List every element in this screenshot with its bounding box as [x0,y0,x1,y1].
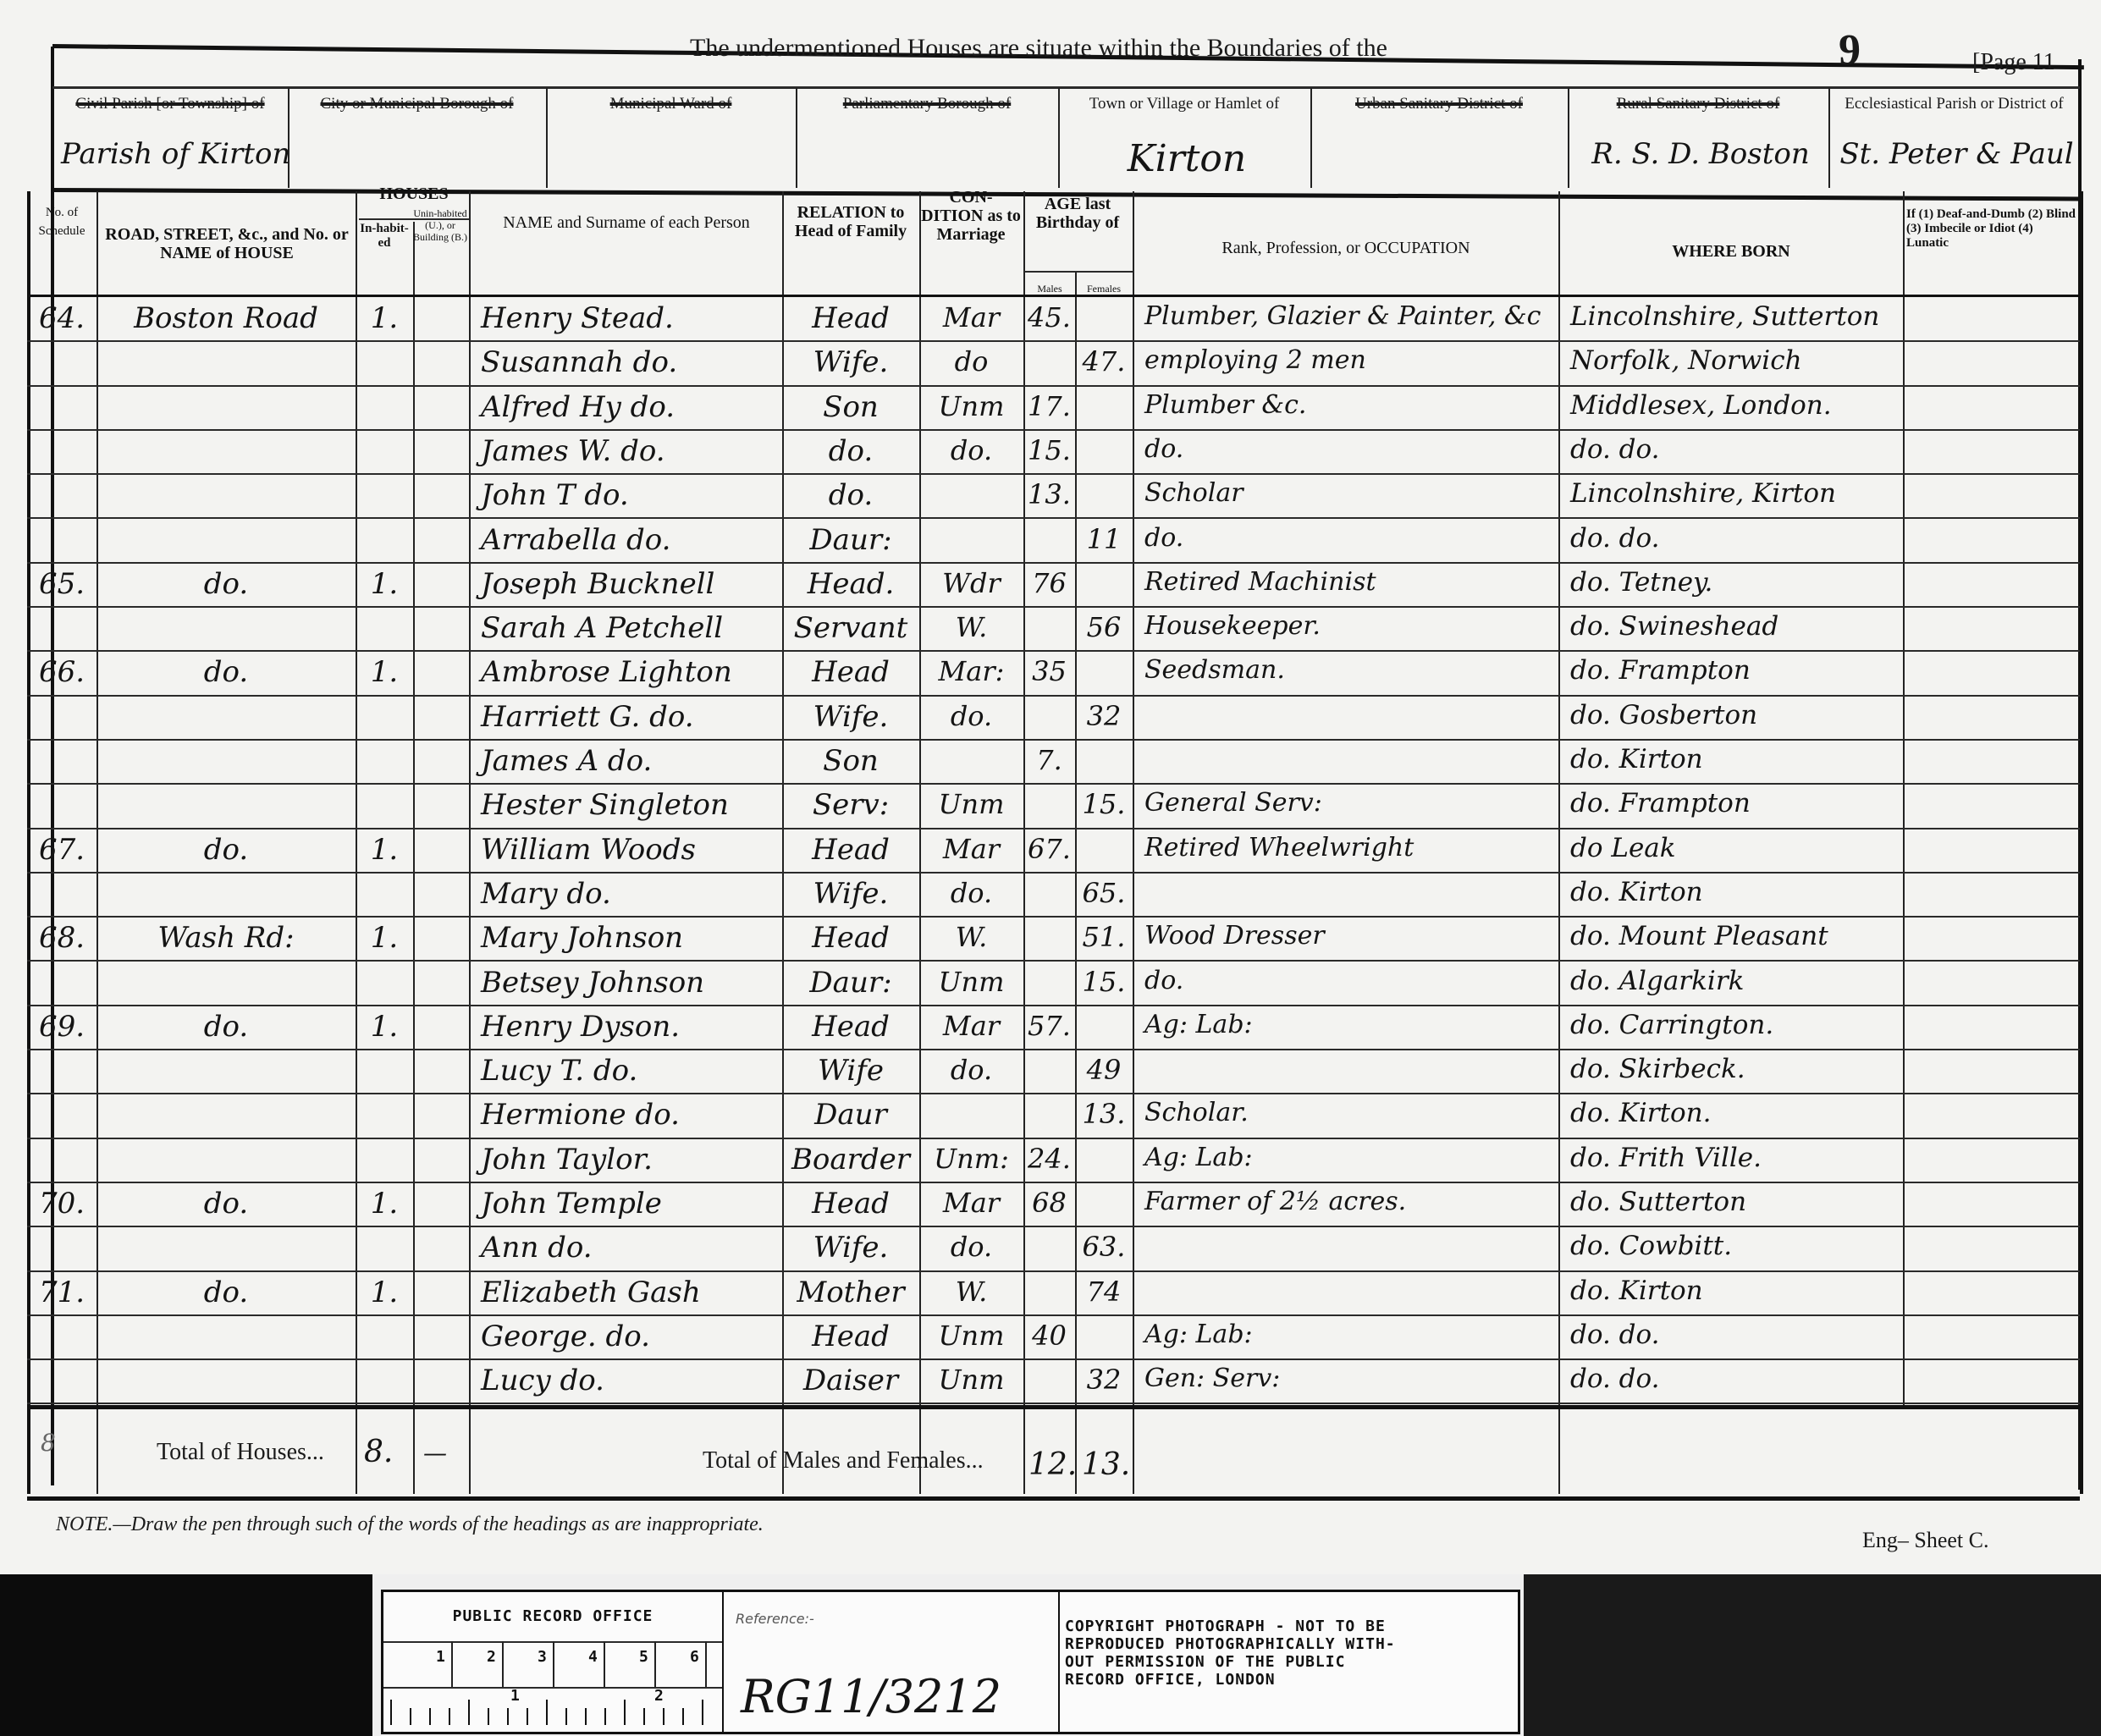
table-row: James A do.Son7.do. Kirton [0,741,2101,785]
total-persons-label: Total of Males and Females... [703,1447,984,1474]
ruler-tick [449,1708,450,1725]
ruler-section: PUBLIC RECORD OFFICE 123456 12 [383,1592,724,1732]
cell-name: Joseph Bucknell [481,567,782,601]
ruler-tick [604,1708,606,1725]
boundary-value: R. S. D. Boston [1576,137,1825,171]
ruler-tick [390,1700,392,1725]
ruler-tick [468,1700,470,1725]
header-males: Males [1024,279,1075,298]
ruler-tick [585,1708,587,1725]
total-houses-inhabited: 8. [364,1435,393,1469]
cell-road: Wash Rd: [97,921,356,955]
table-row: John Taylor.BoarderUnm:24.Ag: Lab:do. Fr… [0,1139,2101,1183]
cell-name: Susannah do. [481,345,782,379]
cell-schedule: 69. [27,1010,97,1044]
cell-where-born: do. Frampton [1570,788,1903,818]
boundary-label: Town or Village or Hamlet of [1065,95,1304,113]
ruler-cell-divider [705,1641,707,1687]
boundary-label: Civil Parish [or Township] of [59,95,281,113]
ruler-tick [643,1708,645,1725]
cell-road: do. [97,1276,356,1309]
cell-male-age: 24. [1023,1143,1075,1175]
cell-condition: Mar [919,833,1023,865]
table-row: Betsey JohnsonDaur:Unm15.do.do. Algarkir… [0,962,2101,1006]
cell-where-born: do. Algarkirk [1570,966,1903,996]
cell-relation: Daur: [782,966,919,1000]
copyright-line: COPYRIGHT PHOTOGRAPH - NOT TO BE [1065,1618,1505,1635]
ruler-tick [410,1708,411,1725]
cell-female-age: 11 [1075,523,1133,555]
cell-occupation: Wood Dresser [1144,921,1558,951]
cell-inhabited: 1. [356,833,413,867]
header-inhabited: In-habit-ed [359,222,410,251]
copyright-line: OUT PERMISSION OF THE PUBLIC [1065,1653,1505,1671]
ruler-label: 1 [436,1648,446,1666]
cell-inhabited: 1. [356,301,413,335]
cell-occupation: do. [1144,434,1558,464]
cell-relation: Son [782,390,919,424]
header-houses: HOUSES [359,185,469,203]
cell-where-born: do. do. [1570,434,1903,465]
cell-male-age: 57. [1023,1010,1075,1042]
cell-condition: Unm [919,390,1023,422]
ruler-cell-divider [451,1641,453,1687]
boundary-label: Ecclesiastical Parish or District of [1835,95,2073,113]
cell-male-age: 45. [1023,301,1075,333]
cell-road: Boston Road [97,301,356,335]
stamp-office-label: PUBLIC RECORD OFFICE [383,1607,722,1625]
header-age: AGE last Birthday of [1024,195,1131,232]
total-houses-label: Total of Houses... [157,1439,324,1466]
ruler-cell-divider [553,1641,554,1687]
cell-relation: Head [782,921,919,955]
cell-where-born: do. Kirton [1570,744,1903,774]
cell-male-age: 40 [1023,1320,1075,1352]
cell-where-born: do. Skirbeck. [1570,1054,1903,1084]
ruler-tick [488,1708,489,1725]
cell-name: John T do. [481,478,782,512]
cell-relation: Head [782,1320,919,1353]
table-row: Hermione do.Daur13.Scholar.do. Kirton. [0,1094,2101,1138]
cell-occupation: General Serv: [1144,788,1558,818]
boundary-divider [1828,88,1830,188]
cell-condition: do. [919,1231,1023,1263]
cell-where-born: do. Sutterton [1570,1187,1903,1217]
cell-occupation: do. [1144,523,1558,553]
reference-label: Reference:- [736,1611,814,1627]
cell-male-age: 35 [1023,655,1075,687]
table-row: 71.do.1.Elizabeth GashMotherW.74do. Kirt… [0,1272,2101,1316]
cell-male-age: 67. [1023,833,1075,865]
cell-inhabited: 1. [356,1187,413,1221]
cell-name: Ann do. [481,1231,782,1265]
totals-top-rule [27,1405,2080,1409]
cell-condition: Unm [919,788,1023,820]
cell-name: Arrabella do. [481,523,782,557]
ruler-tick [682,1708,684,1725]
header-where-born: WHERE BORN [1562,242,1900,261]
cell-where-born: do. Tetney. [1570,567,1903,598]
cell-female-age: 49 [1075,1054,1133,1086]
cell-schedule: 65. [27,567,97,601]
cell-occupation: Retired Wheelwright [1144,833,1558,862]
cell-name: John Temple [481,1187,782,1221]
ruler-divider [383,1687,722,1689]
boundary-value: St. Peter & Paul [1837,137,2076,171]
ruler-tick [624,1700,626,1725]
cell-relation: Head. [782,567,919,601]
total-males: 12. [1028,1447,1077,1482]
header-schedule: No. of Schedule [29,201,95,239]
cell-occupation: Seedsman. [1144,655,1558,685]
cell-where-born: Norfolk, Norwich [1570,345,1903,376]
cell-relation: Daur: [782,523,919,557]
table-row: Alfred Hy do.SonUnm17.Plumber &c.Middles… [0,387,2101,431]
cell-condition: Unm [919,1320,1023,1352]
boundary-divider [288,88,290,188]
cell-relation: do. [782,478,919,512]
table-row: Lucy do.DaiserUnm32Gen: Serv:do. do. [0,1360,2101,1404]
cell-inhabited: 1. [356,567,413,601]
cell-road: do. [97,655,356,689]
header-uninhabited: Unin-habited (U.), or Building (B.) [413,207,467,243]
cell-where-born: do. Carrington. [1570,1010,1903,1040]
cell-road: do. [97,1010,356,1044]
table-row: Lucy T. do.Wifedo.49do. Skirbeck. [0,1050,2101,1094]
film-edge-right [1524,1574,2101,1736]
cell-where-born: do. Frampton [1570,655,1903,686]
cell-inhabited: 1. [356,1010,413,1044]
table-row: 64.Boston Road1.Henry Stead.HeadMar45.Pl… [0,298,2101,342]
reference-section: Reference:- RG11/3212 [724,1592,1060,1732]
sheet-label: Eng– Sheet C. [1862,1528,1989,1553]
ruler-cell-divider [654,1641,656,1687]
cell-schedule: 66. [27,655,97,689]
cell-relation: Head [782,1187,919,1221]
boundary-cell: Urban Sanitary District of [1310,88,1568,188]
schedule-count: 8 [41,1429,56,1457]
cell-name: James W. do. [481,434,782,468]
header-relation: RELATION to Head of Family [784,203,918,240]
cell-name: Ambrose Lighton [481,655,782,689]
table-row: 68.Wash Rd:1.Mary JohnsonHeadW.51.Wood D… [0,918,2101,962]
copyright-line: REPRODUCED PHOTOGRAPHICALLY WITH- [1065,1635,1505,1653]
cell-female-age: 56 [1075,611,1133,643]
cell-relation: Wife [782,1054,919,1088]
cell-condition: do. [919,700,1023,732]
table-row: 69.do.1.Henry Dyson.HeadMar57.Ag: Lab:do… [0,1006,2101,1050]
table-row: Arrabella do.Daur:11do.do. do. [0,520,2101,564]
cell-relation: Daiser [782,1364,919,1397]
header-name: NAME and Surname of each Person [483,213,770,232]
boundary-cell: Civil Parish [or Township] ofParish of K… [52,88,288,188]
cell-condition: do [919,345,1023,378]
table-row: Mary do.Wife.do.65.do. Kirton [0,874,2101,918]
cell-female-age: 65. [1075,877,1133,909]
total-females: 13. [1082,1447,1130,1482]
subheader-rule [1024,271,1133,273]
cell-relation: Head [782,655,919,689]
cell-inhabited: 1. [356,921,413,955]
cell-male-age: 17. [1023,390,1075,422]
cell-name: Mary do. [481,877,782,911]
cell-schedule: 67. [27,833,97,867]
cell-where-born: do Leak [1570,833,1903,863]
table-row: 67.do.1.William WoodsHeadMar67.Retired W… [0,829,2101,874]
cell-male-age: 7. [1023,744,1075,776]
cell-schedule: 71. [27,1276,97,1309]
ruler-label: 4 [588,1648,598,1666]
cell-inhabited: 1. [356,655,413,689]
cell-female-age: 32 [1075,700,1133,732]
cell-occupation: Housekeeper. [1144,611,1558,641]
record-office-stamp: PUBLIC RECORD OFFICE 123456 12 Reference… [381,1590,1520,1734]
cell-name: Alfred Hy do. [481,390,782,424]
boundary-cell: Town or Village or Hamlet ofKirton [1058,88,1310,188]
boundary-cell: Ecclesiastical Parish or District ofSt. … [1828,88,2080,188]
ruler-tick [527,1708,528,1725]
cell-relation: Boarder [782,1143,919,1177]
banner-title: The undermentioned Houses are situate wi… [690,34,1387,63]
cell-condition: W. [919,611,1023,643]
cell-occupation: Ag: Lab: [1144,1320,1558,1349]
cell-relation: Mother [782,1276,919,1309]
cell-where-born: do. do. [1570,1364,1903,1394]
ruler-tick [565,1708,567,1725]
cell-name: Lucy T. do. [481,1054,782,1088]
cell-occupation: employing 2 men [1144,345,1558,375]
copyright-line: RECORD OFFICE, LONDON [1065,1671,1505,1689]
cell-road: do. [97,567,356,601]
cell-name: Hermione do. [481,1098,782,1132]
cell-condition: Mar [919,1187,1023,1219]
cell-female-age: 13. [1075,1098,1133,1130]
cell-relation: Head [782,833,919,867]
boundary-label: Municipal Ward of [553,95,789,113]
cell-schedule: 68. [27,921,97,955]
totals-bottom-rule [27,1496,2080,1501]
cell-name: Hester Singleton [481,788,782,822]
cell-condition: W. [919,921,1023,953]
boundary-value: Kirton [1067,137,1307,180]
cell-relation: Son [782,744,919,778]
cell-occupation: Plumber &c. [1144,390,1558,420]
cell-road: do. [97,1187,356,1221]
cell-female-age: 32 [1075,1364,1133,1396]
ruler-cell-divider [604,1641,605,1687]
cell-female-age: 51. [1075,921,1133,953]
cell-occupation: Retired Machinist [1144,567,1558,597]
ruler-inch-label: 1 [510,1687,521,1705]
boundary-cell: Rural Sanitary District ofR. S. D. Bosto… [1568,88,1828,188]
header-condition: CON-DITION as to Marriage [921,188,1021,244]
census-sheet: The undermentioned Houses are situate wi… [0,0,2101,1574]
cell-where-born: Lincolnshire, Sutterton [1570,301,1903,332]
cell-condition: do. [919,877,1023,909]
cell-occupation: Plumber, Glazier & Painter, &c [1144,301,1558,331]
ruler-tick [546,1700,548,1725]
cell-relation: Wife. [782,345,919,379]
ruler-tick [429,1708,431,1725]
boundary-cell: Municipal Ward of [546,88,796,188]
cell-relation: Wife. [782,700,919,734]
cell-female-age: 74 [1075,1276,1133,1308]
cell-male-age: 76 [1023,567,1075,599]
cell-where-born: do. Cowbitt. [1570,1231,1903,1261]
cell-where-born: do. Gosberton [1570,700,1903,730]
boundary-divider [796,88,797,188]
cell-name: Henry Dyson. [481,1010,782,1044]
boundary-cell: City or Municipal Borough of [288,88,546,188]
table-row: Sarah A PetchellServantW.56Housekeeper.d… [0,608,2101,652]
cell-inhabited: 1. [356,1276,413,1309]
cell-name: James A do. [481,744,782,778]
ruler-label: 6 [690,1648,700,1666]
cell-male-age: 13. [1023,478,1075,510]
cell-name: Lucy do. [481,1364,782,1397]
ruler-tick [702,1700,703,1725]
cell-male-age: 15. [1023,434,1075,466]
cell-occupation: Ag: Lab: [1144,1143,1558,1172]
cell-condition: Mar [919,1010,1023,1042]
table-row: 66.do.1.Ambrose LightonHeadMar:35Seedsma… [0,652,2101,696]
boundary-cell: Parliamentary Borough of [796,88,1058,188]
cell-occupation: Ag: Lab: [1144,1010,1558,1039]
folio-number: 9 [1839,25,1861,75]
cell-where-born: do. Kirton [1570,1276,1903,1306]
cell-male-age: 68 [1023,1187,1075,1219]
cell-relation: Wife. [782,877,919,911]
cell-relation: Servant [782,611,919,645]
cell-schedule: 70. [27,1187,97,1221]
film-edge-left [0,1574,372,1736]
cell-occupation: do. [1144,966,1558,995]
cell-female-age: 63. [1075,1231,1133,1263]
boundary-divider [1568,88,1569,188]
header-road: ROAD, STREET, &c., and No. or NAME of HO… [100,225,354,262]
table-row: Hester SingletonServ:Unm15.General Serv:… [0,785,2101,829]
cell-relation: Head [782,1010,919,1044]
cell-name: Mary Johnson [481,921,782,955]
ruler-inch-label: 2 [654,1687,664,1705]
cell-name: Sarah A Petchell [481,611,782,645]
cell-relation: Daur [782,1098,919,1132]
boundary-label: Rural Sanitary District of [1574,95,1822,113]
header-infirmity: If (1) Deaf-and-Dumb (2) Blind (3) Imbec… [1906,207,2076,251]
cell-name: Henry Stead. [481,301,782,335]
table-row: George. do.HeadUnm40Ag: Lab:do. do. [0,1316,2101,1360]
boundary-divider [1058,88,1060,188]
cell-occupation: Farmer of 2½ acres. [1144,1187,1558,1216]
cell-female-age: 15. [1075,788,1133,820]
cell-relation: do. [782,434,919,468]
cell-road: do. [97,833,356,867]
cell-female-age: 47. [1075,345,1133,378]
footnote: NOTE.—Draw the pen through such of the w… [56,1513,764,1536]
ruler-cell-divider [502,1641,504,1687]
cell-where-born: do. Kirton. [1570,1098,1903,1128]
cell-female-age: 15. [1075,966,1133,998]
cell-where-born: Lincolnshire, Kirton [1570,478,1903,509]
boundary-divider [1310,88,1312,188]
table-row: 70.do.1.John TempleHeadMar68Farmer of 2½… [0,1183,2101,1227]
cell-condition: Unm: [919,1143,1023,1175]
cell-schedule: 64. [27,301,97,335]
table-row: 65.do.1.Joseph BucknellHead.Wdr76Retired… [0,564,2101,608]
ruler-label: 2 [487,1648,497,1666]
cell-relation: Serv: [782,788,919,822]
table-row: Harriett G. do.Wife.do.32do. Gosberton [0,697,2101,741]
cell-where-born: do. do. [1570,523,1903,554]
cell-name: George. do. [481,1320,782,1353]
cell-condition: Unm [919,1364,1023,1396]
cell-where-born: do. Mount Pleasant [1570,921,1903,951]
cell-occupation: Scholar. [1144,1098,1558,1127]
reference-number: RG11/3212 [741,1670,1001,1723]
boundary-label: Urban Sanitary District of [1317,95,1561,113]
cell-name: Harriett G. do. [481,700,782,734]
cell-condition: Mar: [919,655,1023,687]
cell-name: Betsey Johnson [481,966,782,1000]
cell-name: John Taylor. [481,1143,782,1177]
cell-occupation: Scholar [1144,478,1558,508]
cell-occupation: Gen: Serv: [1144,1364,1558,1393]
ruler-label: 5 [639,1648,649,1666]
cell-where-born: do. Kirton [1570,877,1903,907]
table-row: Susannah do.Wife.do47.employing 2 menNor… [0,342,2101,386]
cell-where-born: do. Swineshead [1570,611,1903,642]
copyright-notice: COPYRIGHT PHOTOGRAPH - NOT TO BE REPRODU… [1065,1618,1505,1689]
boundary-label: Parliamentary Borough of [802,95,1051,113]
cell-condition: Mar [919,301,1023,333]
table-row: John T do.do.13.ScholarLincolnshire, Kir… [0,475,2101,519]
header-females: Females [1077,279,1131,298]
total-houses-uninhabited: — [423,1439,447,1467]
cell-condition: do. [919,434,1023,466]
page-number: [Page 11 [1972,49,2055,76]
cell-name: William Woods [481,833,782,867]
boundary-divider [546,88,548,188]
cell-where-born: do. do. [1570,1320,1903,1350]
cell-condition: Wdr [919,567,1023,599]
table-row: Ann do.Wife.do.63.do. Cowbitt. [0,1227,2101,1271]
ruler-label: 3 [538,1648,548,1666]
cell-condition: Unm [919,966,1023,998]
header-occupation: Rank, Profession, or OCCUPATION [1143,239,1549,257]
cell-relation: Wife. [782,1231,919,1265]
cell-name: Elizabeth Gash [481,1276,782,1309]
boundary-label: City or Municipal Borough of [295,95,539,113]
cell-condition: W. [919,1276,1023,1308]
cell-condition: do. [919,1054,1023,1086]
cell-where-born: do. Frith Ville. [1570,1143,1903,1173]
cell-relation: Head [782,301,919,335]
table-row: James W. do.do.do.15.do.do. do. [0,431,2101,475]
ruler-tick [507,1708,509,1725]
boundary-value: Parish of Kirton [61,137,284,171]
cell-where-born: Middlesex, London. [1570,390,1903,421]
ruler-tick [663,1708,664,1725]
